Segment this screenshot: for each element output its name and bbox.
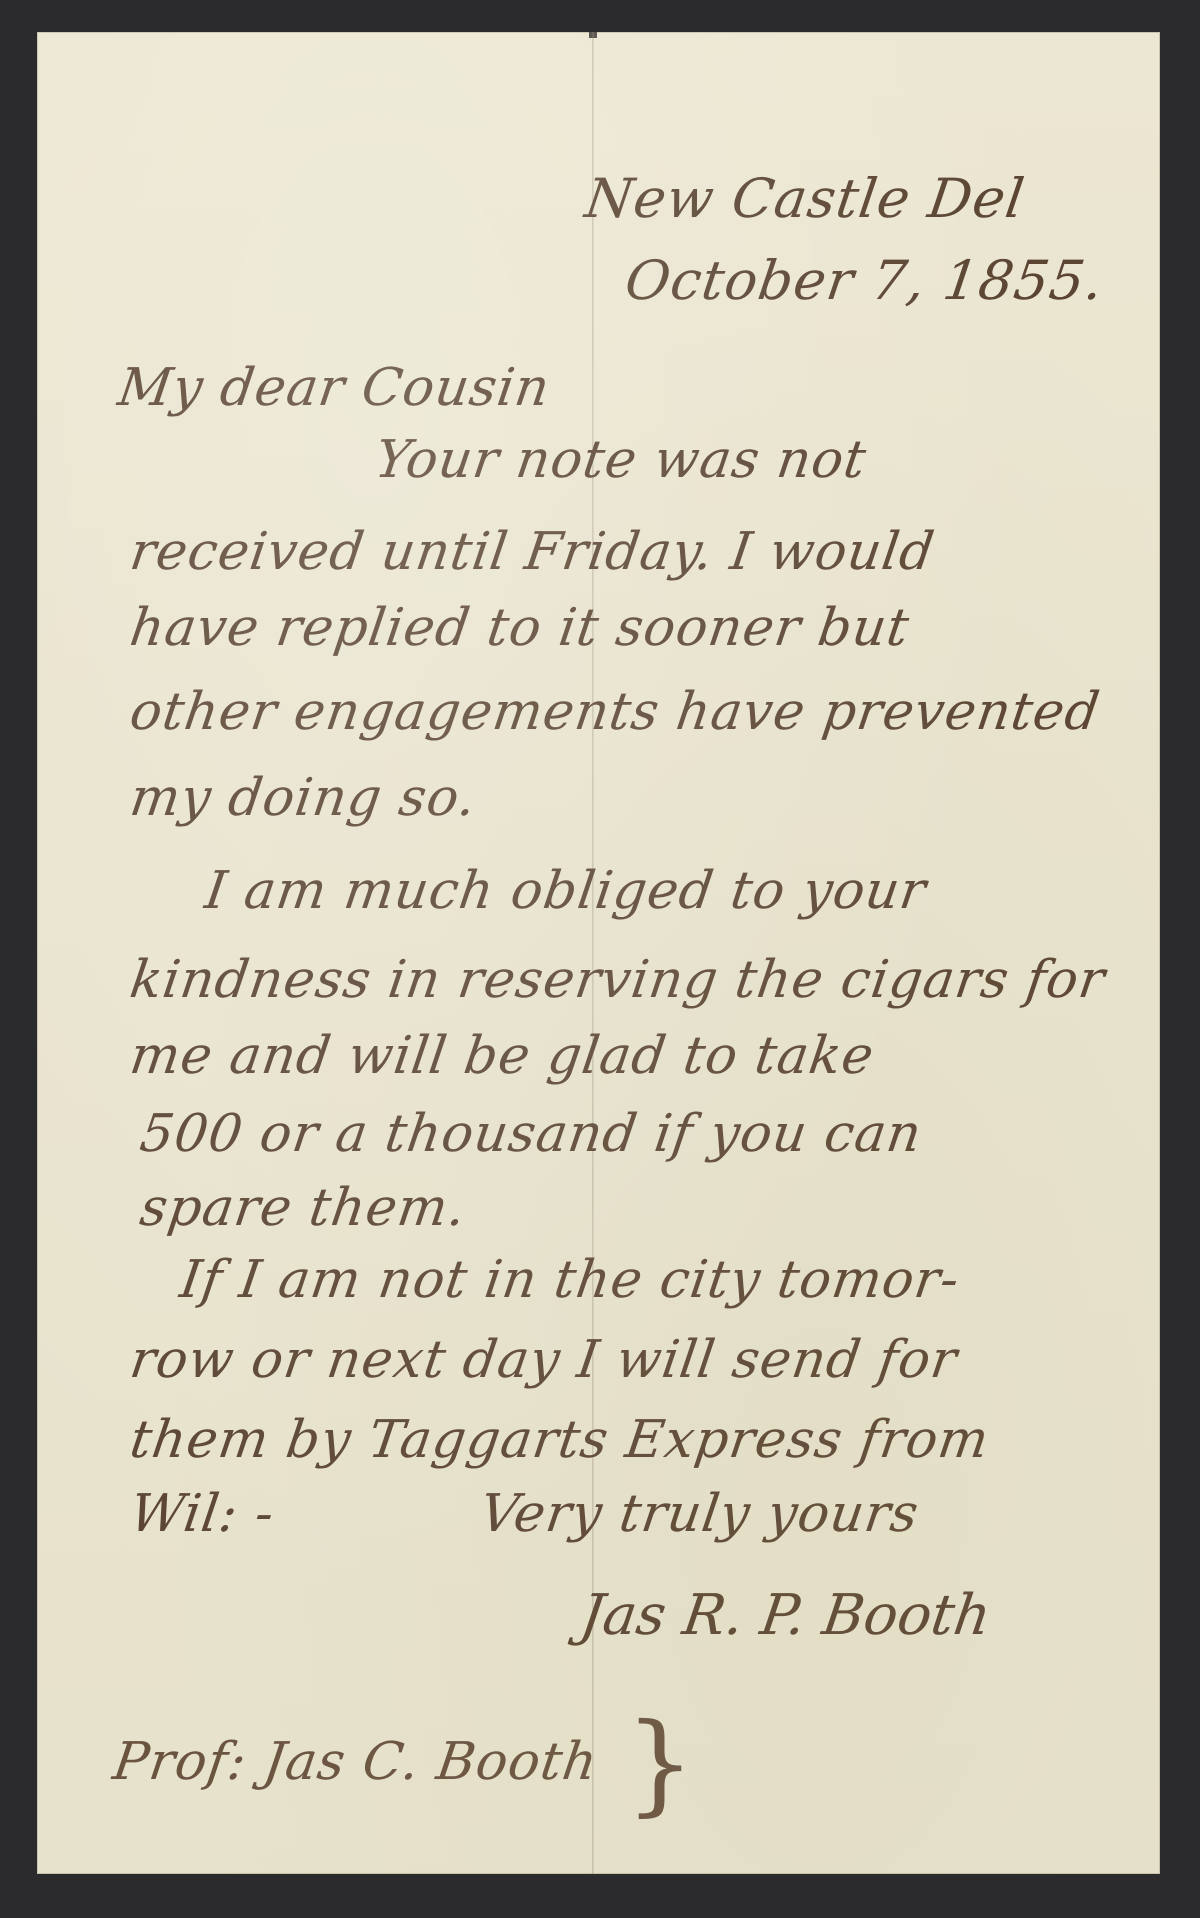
body-line: have replied to it sooner but: [127, 602, 913, 654]
salutation: My dear Cousin: [115, 362, 553, 414]
body-line: If I am not in the city tomor-: [177, 1254, 963, 1306]
body-line: my doing so.: [127, 772, 480, 824]
body-line: me and will be glad to take: [127, 1030, 877, 1082]
body-line: other engagements have prevented: [127, 686, 1103, 738]
body-line: Your note was not: [372, 434, 870, 486]
letter-paper: New Castle Del October 7, 1855. My dear …: [37, 32, 1160, 1874]
addressee-brace: }: [625, 1708, 695, 1818]
body-line: spare them.: [137, 1182, 469, 1234]
body-line: Wil: -: [127, 1488, 278, 1540]
letter-date: October 7, 1855.: [622, 254, 1107, 308]
body-line: received until Friday. I would: [127, 526, 938, 578]
body-line: row or next day I will send for: [127, 1334, 961, 1386]
body-line: 500 or a thousand if you can: [137, 1108, 925, 1160]
addressee: Prof: Jas C. Booth: [110, 1736, 601, 1788]
body-line: kindness in reserving the cigars for: [127, 954, 1109, 1006]
body-line: I am much obliged to your: [202, 865, 930, 917]
letter-place: New Castle Del: [582, 172, 1028, 226]
closing: Very truly yours: [477, 1488, 922, 1540]
body-line: them by Taggarts Express from: [127, 1414, 993, 1466]
signature: Jas R. P. Booth: [577, 1588, 994, 1644]
